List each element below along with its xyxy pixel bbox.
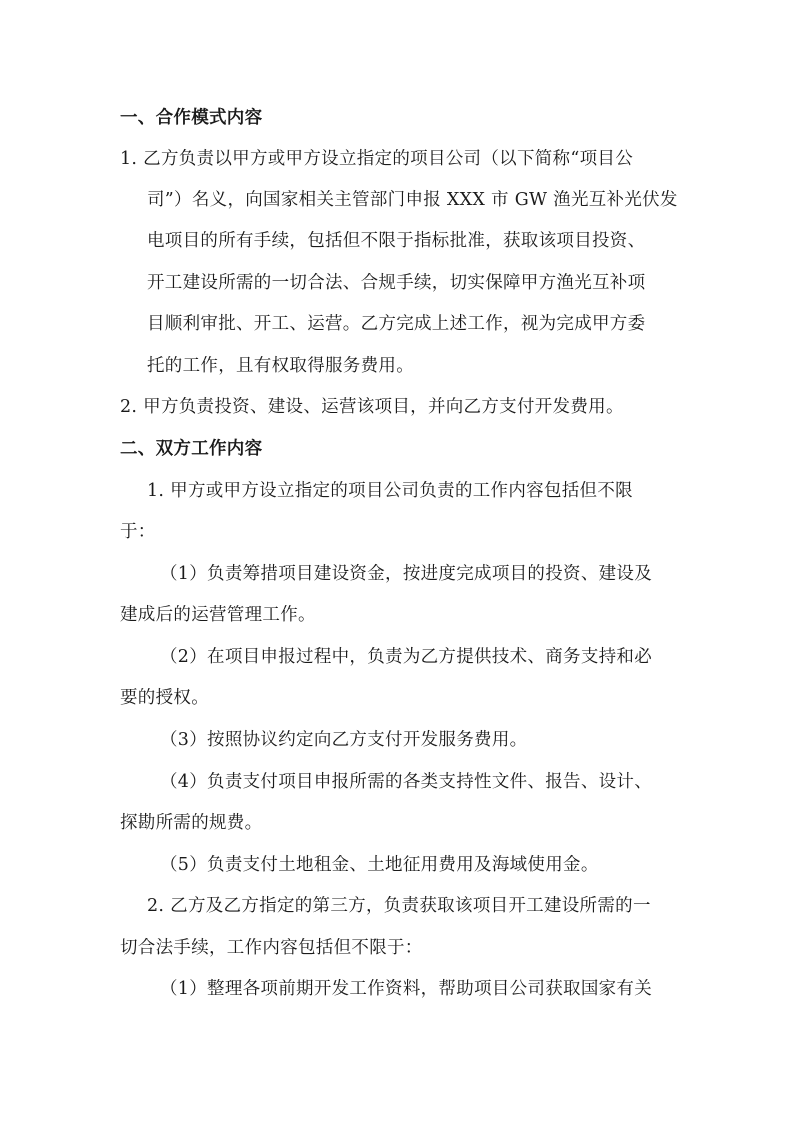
- paragraph-line: 切合法手续，工作内容包括但不限于：: [120, 936, 423, 960]
- paragraph-line: 探勘所需的规费。: [120, 811, 262, 835]
- paragraph-line: 2. 甲方负责投资、建设、运营该项目，并向乙方支付开发费用。: [120, 395, 624, 419]
- paragraph-line: （1）负责筹措项目建设资金，按进度完成项目的投资、建设及: [160, 562, 652, 586]
- paragraph-line: 目顺利审批、开工、运营。乙方完成上述工作，视为完成甲方委: [147, 312, 645, 336]
- paragraph-line: 2. 乙方及乙方指定的第三方，负责获取该项目开工建设所需的一: [147, 894, 651, 918]
- paragraph-line: （2）在项目申报过程中，负责为乙方提供技术、商务支持和必: [160, 645, 652, 669]
- section-heading-cooperation-mode: 一、合作模式内容: [120, 106, 262, 130]
- paragraph-line: 开工建设所需的一切合法、合规手续，切实保障甲方渔光互补项: [147, 271, 645, 295]
- paragraph-line: （4）负责支付项目申报所需的各类支持性文件、报告、设计、: [160, 770, 652, 794]
- paragraph-line: （1）整理各项前期开发工作资料，帮助项目公司获取国家有关: [160, 977, 652, 1001]
- section-heading-work-content: 二、双方工作内容: [120, 437, 262, 461]
- paragraph-line: 建成后的运营管理工作。: [120, 603, 316, 627]
- paragraph-line: 要的授权。: [120, 686, 209, 710]
- paragraph-line: 托的工作，且有权取得服务费用。: [147, 354, 414, 378]
- paragraph-line: （5）负责支付土地租金、土地征用费用及海域使用金。: [160, 853, 599, 877]
- paragraph-line: 于：: [120, 520, 156, 544]
- paragraph-line: 电项目的所有手续，包括但不限于指标批准，获取该项目投资、: [147, 229, 645, 253]
- paragraph-line: 司”）名义，向国家相关主管部门申报 XXX 市 GW 渔光互补光伏发: [147, 188, 678, 212]
- paragraph-line: 1. 乙方负责以甲方或甲方设立指定的项目公司（以下简称“项目公: [120, 147, 633, 171]
- paragraph-line: （3）按照协议约定向乙方支付开发服务费用。: [160, 728, 527, 752]
- paragraph-line: 1. 甲方或甲方设立指定的项目公司负责的工作内容包括但不限: [147, 479, 633, 503]
